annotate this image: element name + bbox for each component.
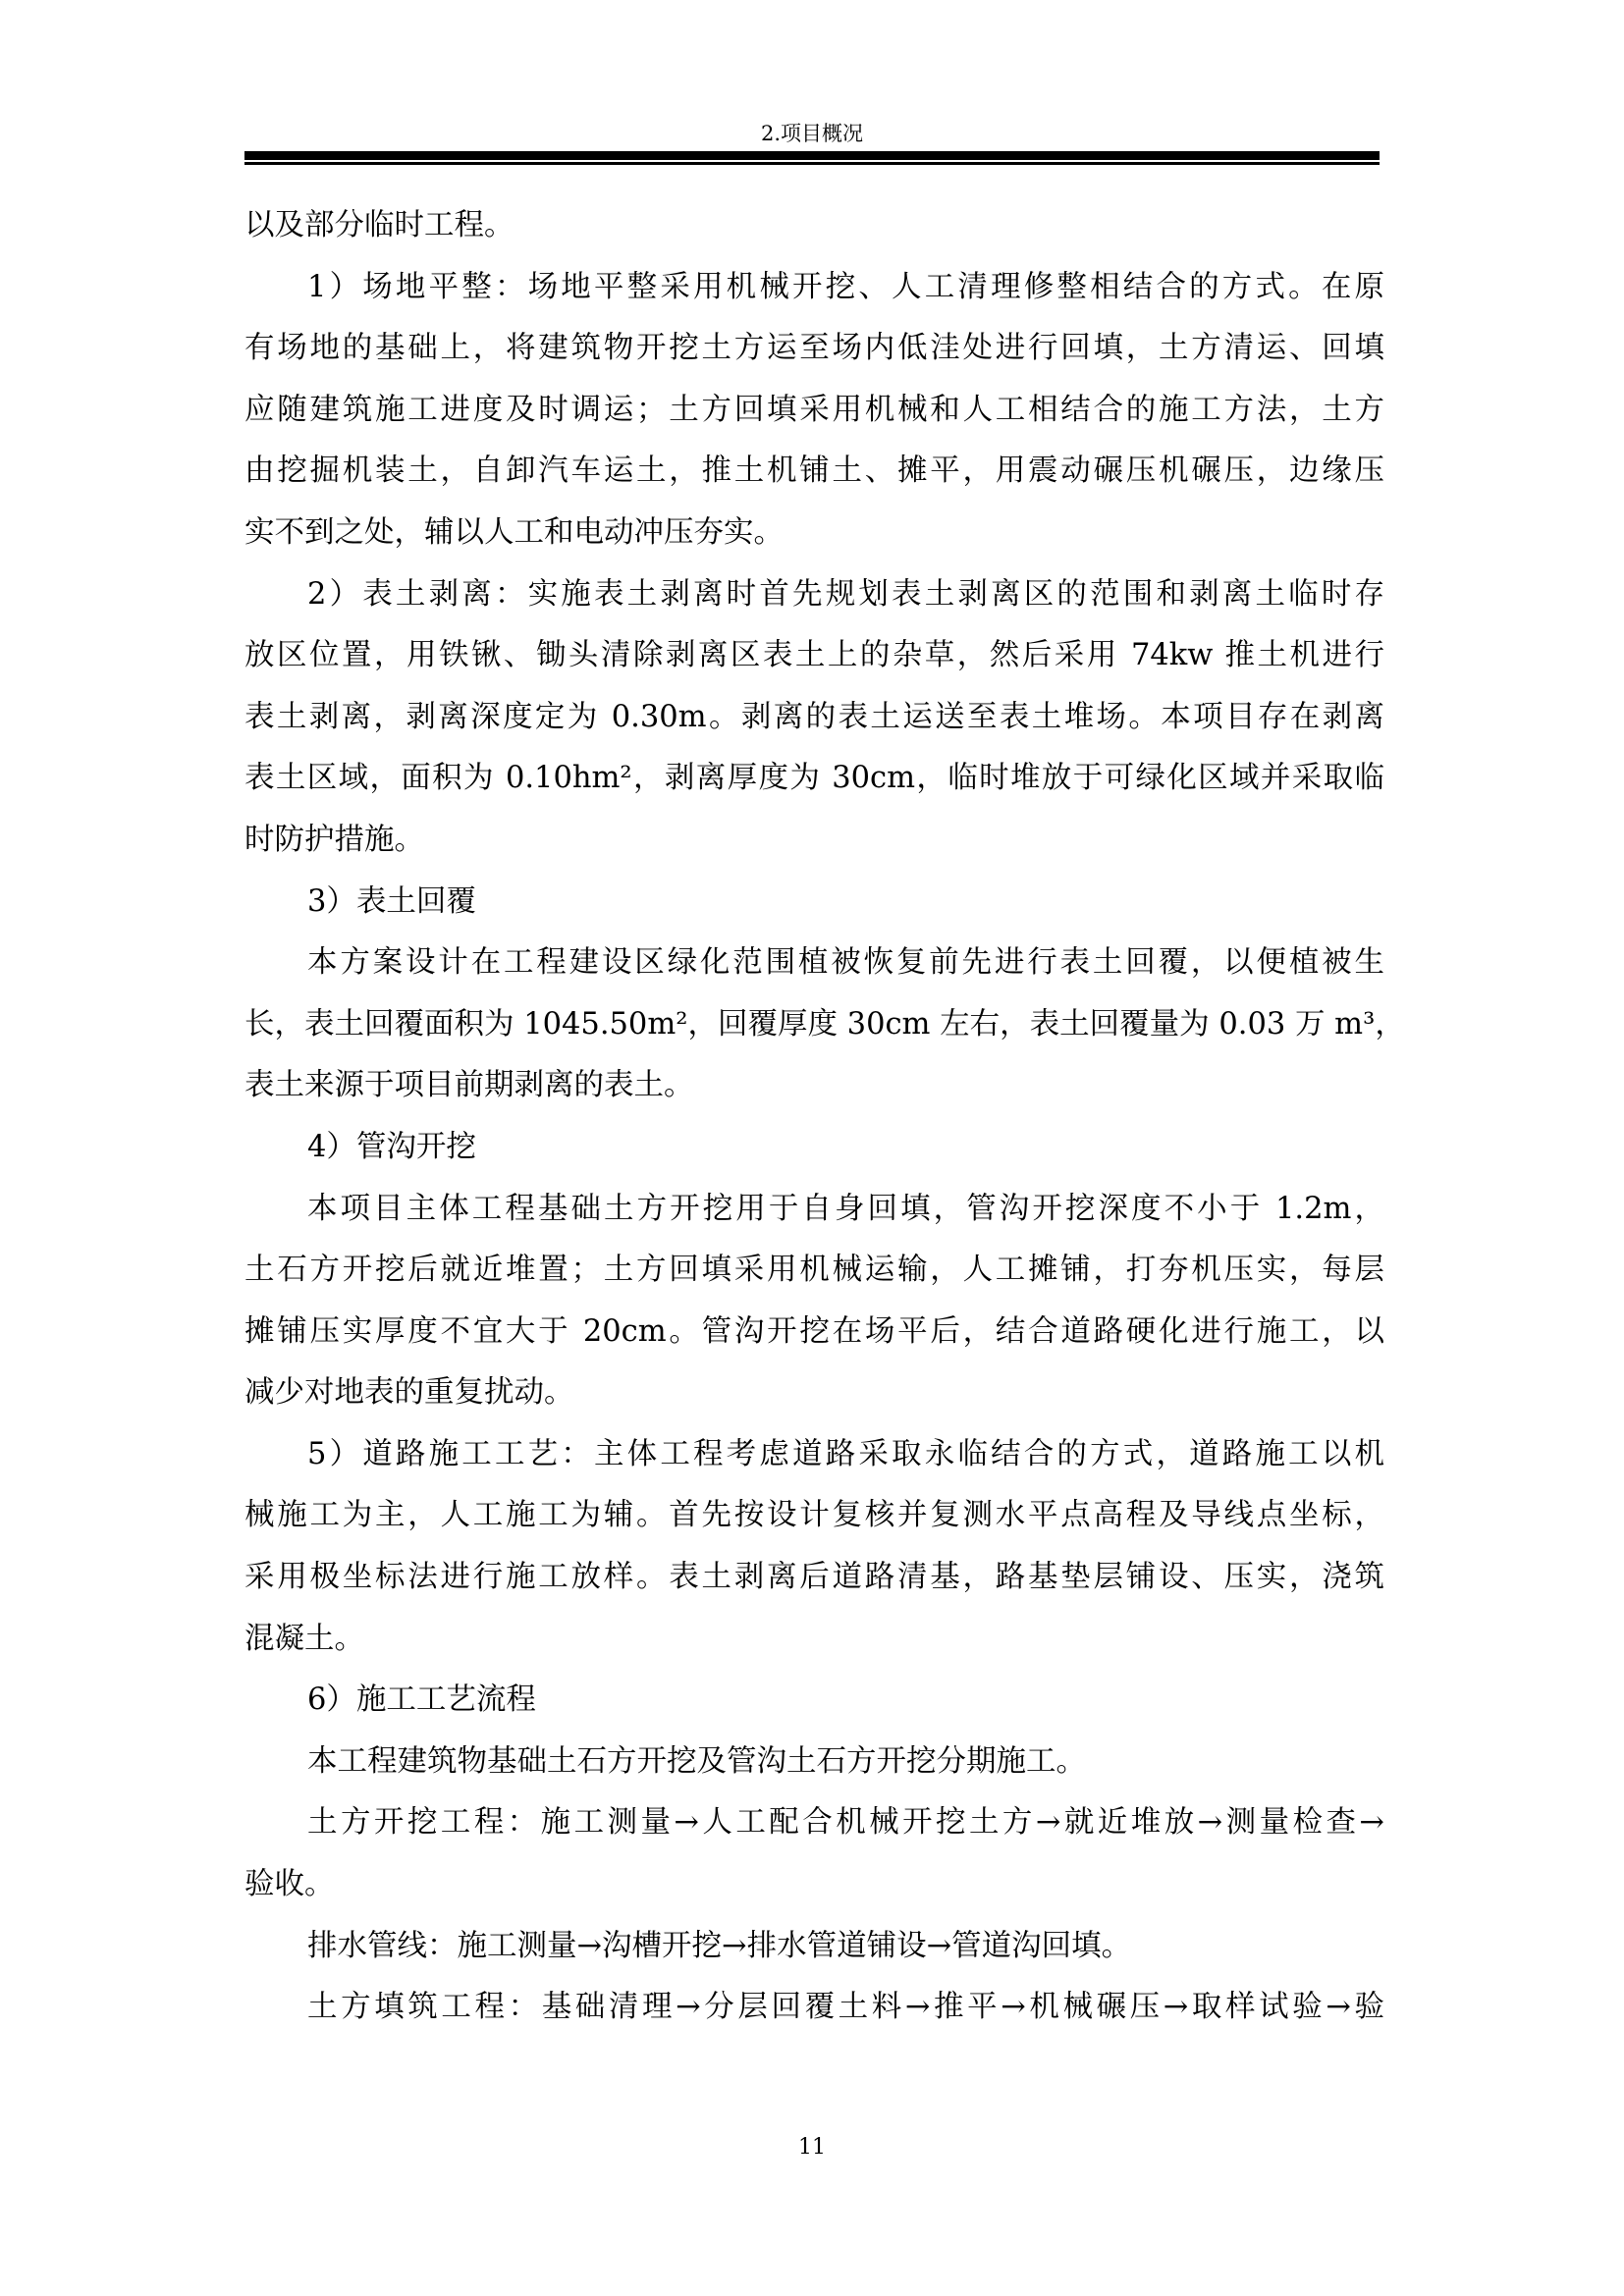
- text-line: 应随建筑施工进度及时调运；土方回填采用机械和人工相结合的施工方法，土方: [244, 380, 1384, 442]
- header-rule-thin: [244, 162, 1380, 165]
- text-line: 6）施工工艺流程: [244, 1670, 1384, 1732]
- text-line: 验收。: [244, 1854, 1384, 1916]
- header-rule-thick: [244, 151, 1380, 160]
- text-line: 土方开挖工程：施工测量→人工配合机械开挖土方→就近堆放→测量检查→: [244, 1792, 1384, 1854]
- text-line: 表土剥离，剥离深度定为 0.30m。剥离的表土运送至表土堆场。本项目存在剥离: [244, 687, 1384, 749]
- text-line: 长，表土回覆面积为 1045.50m²，回覆厚度 30cm 左右，表土回覆量为 …: [244, 994, 1384, 1056]
- text-line: 时防护措施。: [244, 810, 1384, 872]
- text-line: 本工程建筑物基础土石方开挖及管沟土石方开挖分期施工。: [244, 1732, 1384, 1793]
- text-line: 有场地的基础上，将建筑物开挖土方运至场内低洼处进行回填，土方清运、回填: [244, 318, 1384, 380]
- text-line: 械施工为主，人工施工为辅。首先按设计复核并复测水平点高程及导线点坐标，: [244, 1485, 1384, 1547]
- text-line: 表土来源于项目前期剥离的表土。: [244, 1055, 1384, 1117]
- text-line: 采用极坐标法进行施工放样。表土剥离后道路清基，路基垫层铺设、压实，浇筑: [244, 1547, 1384, 1609]
- text-line: 本项目主体工程基础土方开挖用于自身回填，管沟开挖深度不小于 1.2m，: [244, 1179, 1384, 1241]
- text-line: 3）表土回覆: [244, 872, 1384, 934]
- body-text: 以及部分临时工程。1）场地平整：场地平整采用机械开挖、人工清理修整相结合的方式。…: [244, 195, 1384, 2039]
- text-line: 以及部分临时工程。: [244, 195, 1384, 257]
- text-line: 2）表土剥离：实施表土剥离时首先规划表土剥离区的范围和剥离土临时存: [244, 564, 1384, 626]
- text-line: 4）管沟开挖: [244, 1117, 1384, 1179]
- text-line: 排水管线：施工测量→沟槽开挖→排水管道铺设→管道沟回填。: [244, 1916, 1384, 1978]
- text-line: 由挖掘机装土，自卸汽车运土，推土机铺土、摊平，用震动碾压机碾压，边缘压: [244, 441, 1384, 503]
- text-line: 表土区域，面积为 0.10hm²，剥离厚度为 30cm，临时堆放于可绿化区域并采…: [244, 748, 1384, 810]
- text-line: 5）道路施工工艺：主体工程考虑道路采取永临结合的方式，道路施工以机: [244, 1424, 1384, 1486]
- text-line: 土方填筑工程：基础清理→分层回覆土料→推平→机械碾压→取样试验→验: [244, 1977, 1384, 2039]
- text-line: 土石方开挖后就近堆置；土方回填采用机械运输，人工摊铺，打夯机压实，每层: [244, 1240, 1384, 1302]
- text-line: 摊铺压实厚度不宜大于 20cm。管沟开挖在场平后，结合道路硬化进行施工，以: [244, 1302, 1384, 1363]
- text-line: 放区位置，用铁锹、锄头清除剥离区表土上的杂草，然后采用 74kw 推土机进行: [244, 625, 1384, 687]
- text-line: 混凝土。: [244, 1609, 1384, 1671]
- text-line: 本方案设计在工程建设区绿化范围植被恢复前先进行表土回覆，以便植被生: [244, 933, 1384, 994]
- text-line: 1）场地平整：场地平整采用机械开挖、人工清理修整相结合的方式。在原: [244, 257, 1384, 319]
- text-line: 减少对地表的重复扰动。: [244, 1362, 1384, 1424]
- running-header-title: 2.项目概况: [0, 118, 1624, 147]
- text-line: 实不到之处，辅以人工和电动冲压夯实。: [244, 503, 1384, 564]
- page-number: 11: [0, 2135, 1624, 2160]
